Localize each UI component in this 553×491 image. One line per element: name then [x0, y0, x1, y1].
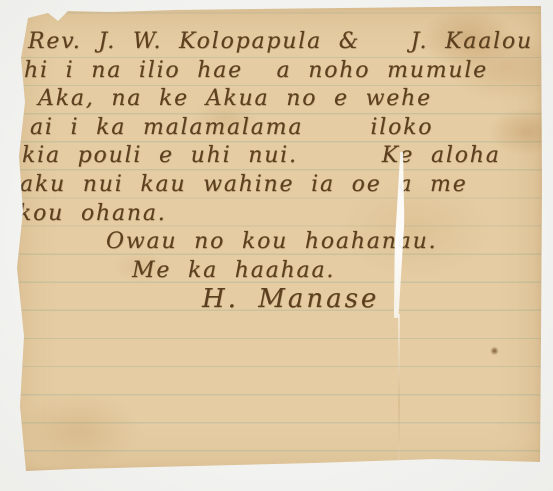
- paper-crease: [398, 314, 400, 464]
- letter-line: Aka, na ke Akua no e wehe: [14, 85, 540, 114]
- letter-line: kia pouli e uhi nui. Ke aloha: [14, 142, 540, 171]
- letter-line-valediction: Owau no kou hoahanau.: [14, 228, 540, 257]
- letter-line: hi i na ilio hae a noho mumule: [14, 57, 540, 86]
- letter-signature: H. Manase: [14, 285, 540, 314]
- letter-body: Rev. J. W. Kolopapula & J. Kaalou hi i n…: [14, 28, 540, 314]
- letter-line: ai i ka malamalama iloko: [14, 114, 540, 143]
- letter-line: aku nui kau wahine ia oe a me: [14, 171, 540, 200]
- letter-paper: Rev. J. W. Kolopapula & J. Kaalou hi i n…: [14, 6, 542, 472]
- letter-line-closing: Me ka haahaa.: [14, 257, 540, 286]
- letter-line: kou ohana.: [14, 200, 540, 229]
- scan-background: Rev. J. W. Kolopapula & J. Kaalou hi i n…: [0, 0, 553, 491]
- letter-line-salutation: Rev. J. W. Kolopapula & J. Kaalou: [14, 28, 540, 57]
